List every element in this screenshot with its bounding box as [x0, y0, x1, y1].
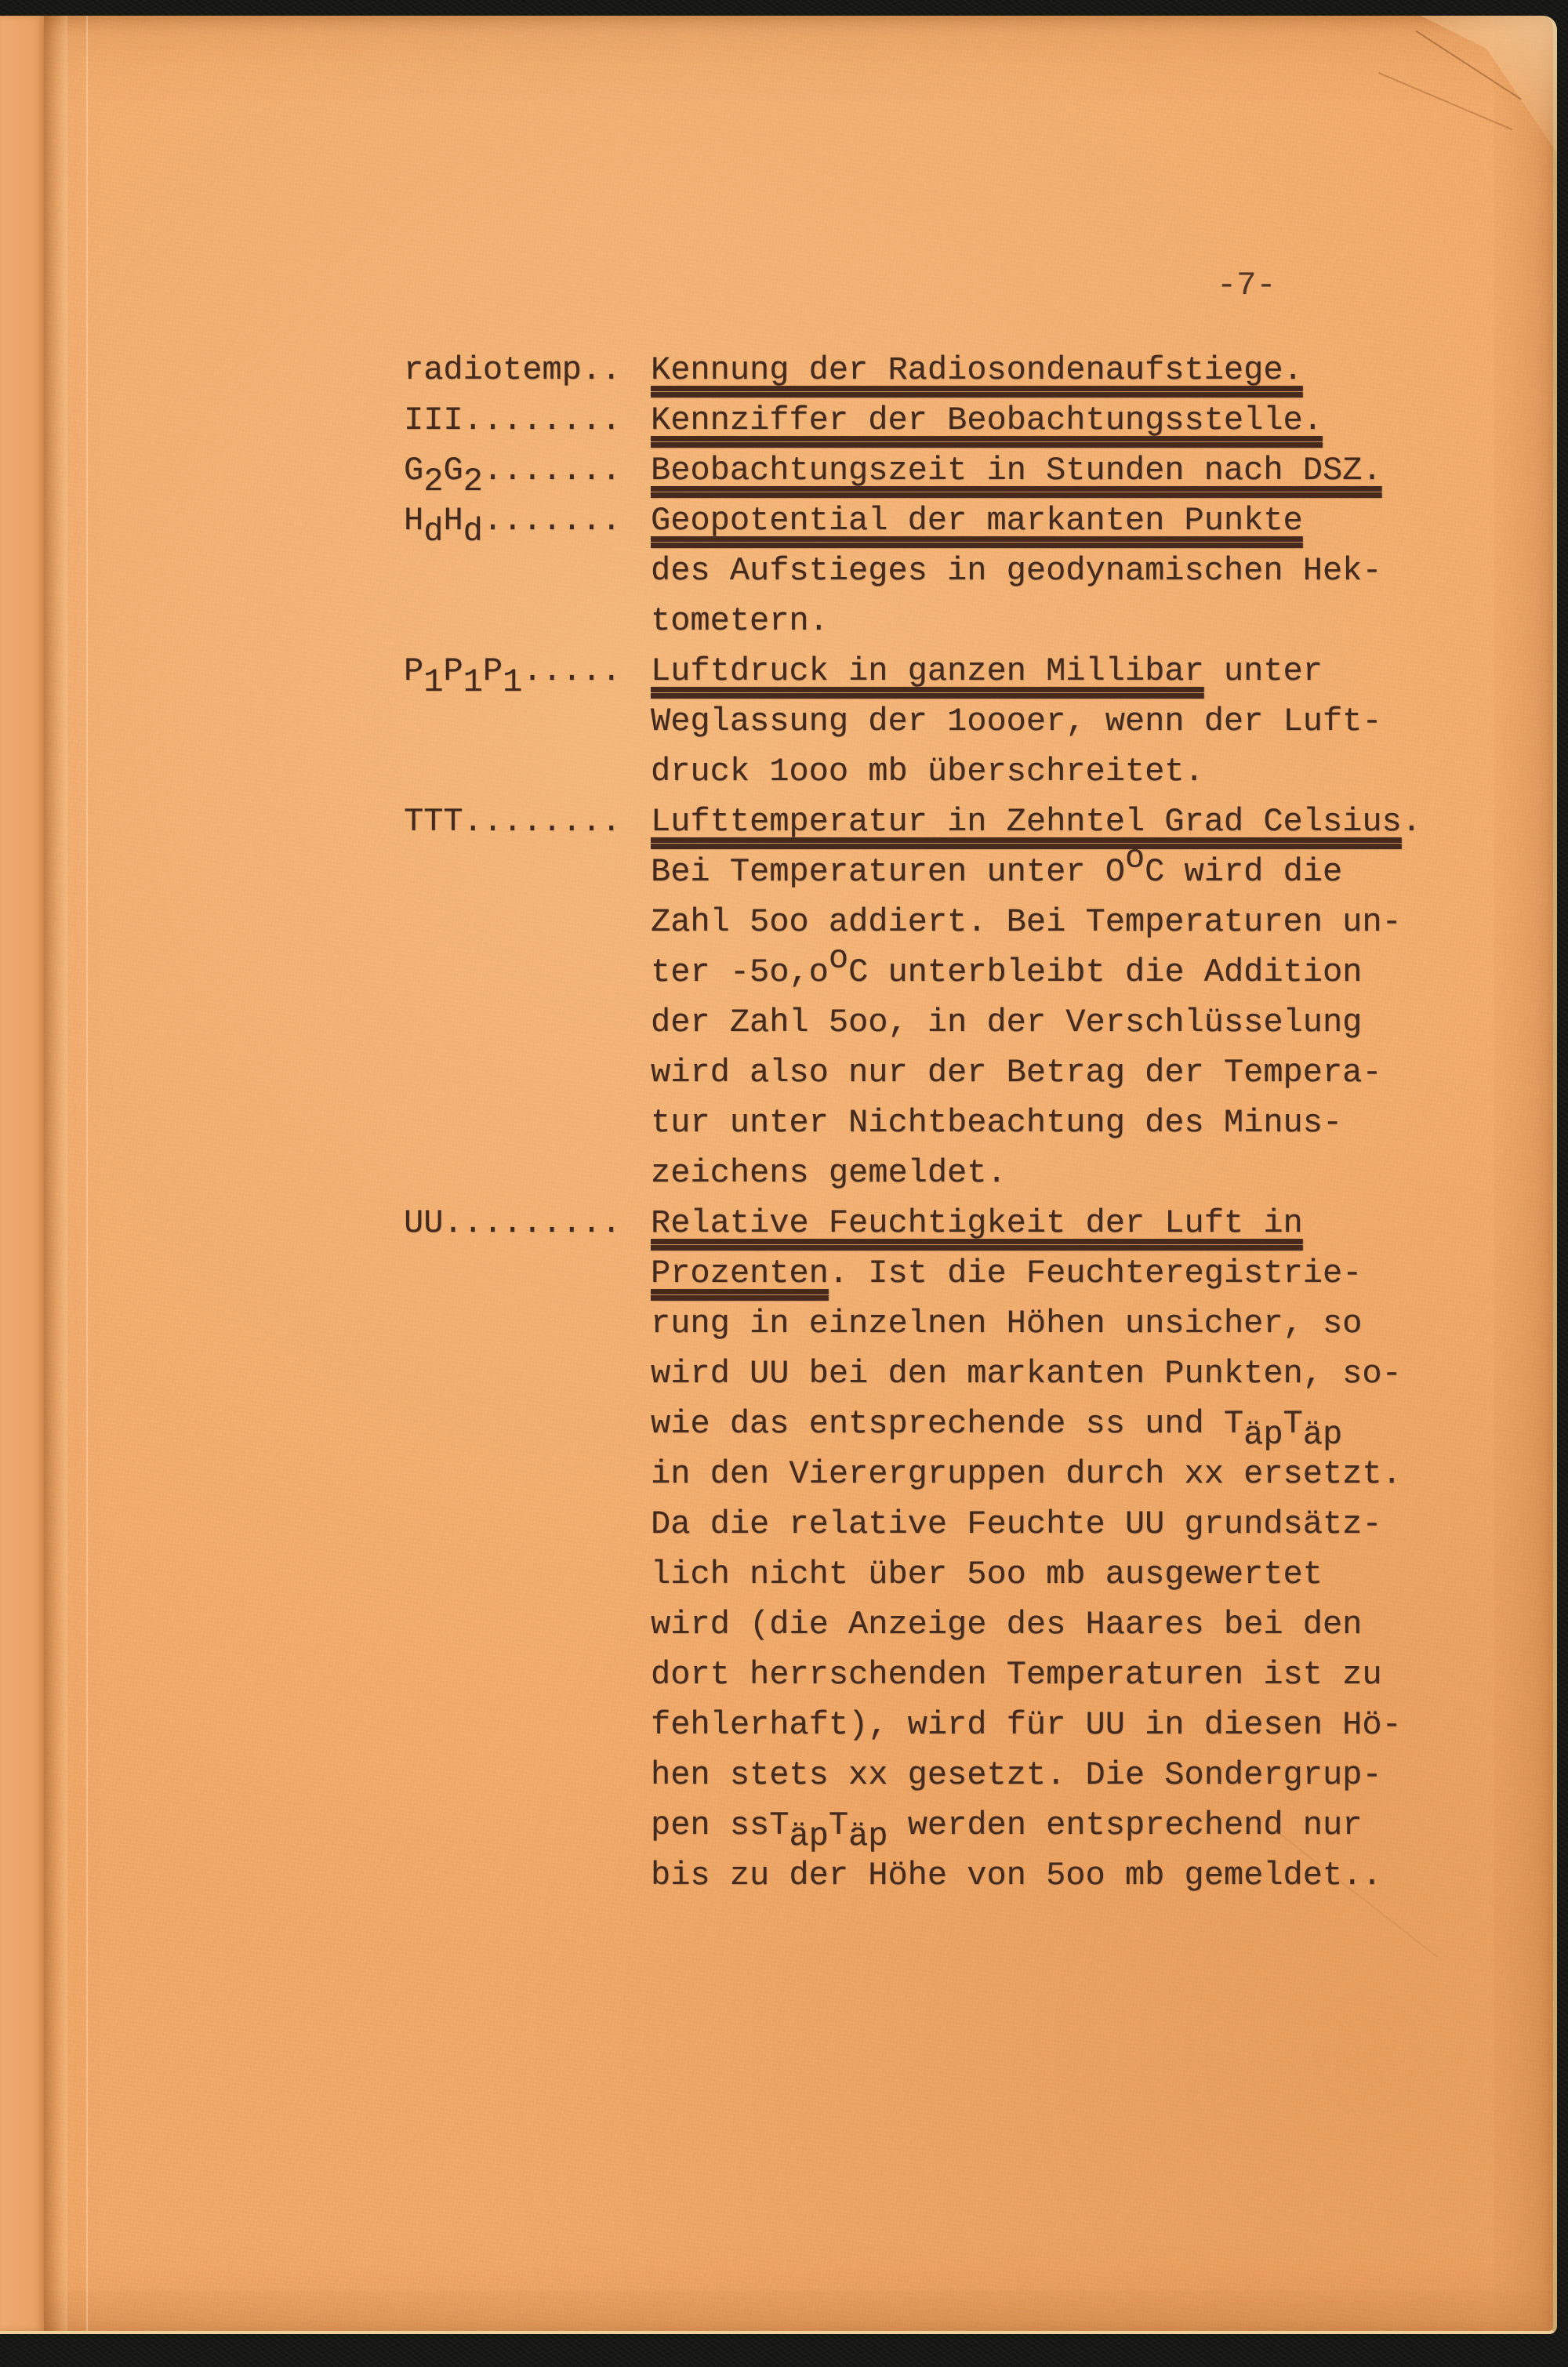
sup-text: o — [1125, 833, 1145, 883]
sup-text: o — [829, 933, 848, 983]
sub-text: 2 — [423, 456, 443, 506]
term-label: TTT........ — [404, 797, 651, 1198]
underlined-text: Geopotential der markanten Punkte — [651, 502, 1303, 539]
term-definition: Beobachtungszeit in Stunden nach DSZ. — [651, 445, 1446, 496]
text-run: P — [443, 652, 463, 690]
text-line: wird UU bei den markanten Punkten, so- — [651, 1349, 1446, 1399]
sub-text: d — [463, 506, 483, 557]
text-line: hen stets xx gesetzt. Die Sondergrup- — [651, 1750, 1446, 1800]
text-run: TTT........ — [404, 803, 621, 840]
text-run: radiotemp.. — [404, 351, 621, 389]
underlined-text: Beobachtungszeit in Stunden nach DSZ. — [651, 452, 1382, 489]
text-line: tometern. — [651, 596, 1446, 646]
term-definition: Geopotential der markanten Punktedes Auf… — [651, 496, 1446, 646]
text-line: Zahl 5oo addiert. Bei Temperaturen un- — [651, 897, 1446, 947]
text-run: werden entsprechend nur — [888, 1806, 1363, 1844]
sub-text: 2 — [463, 456, 483, 506]
definition-entry: HdHd.......Geopotential der markanten Pu… — [404, 496, 1446, 646]
text-line: Kennung der Radiosondenaufstiege. — [651, 345, 1446, 395]
underlined-text: Luftdruck in ganzen Millibar — [651, 652, 1204, 690]
text-line: tur unter Nichtbeachtung des Minus- — [651, 1098, 1446, 1148]
text-line: Beobachtungszeit in Stunden nach DSZ. — [651, 445, 1446, 496]
text-run: T — [1283, 1405, 1303, 1443]
text-run: fehlerhaft), wird für UU in diesen Hö- — [651, 1706, 1402, 1744]
sub-text: äp — [848, 1811, 887, 1861]
text-line: Luftdruck in ganzen Millibar unter — [651, 646, 1446, 696]
text-line: Geopotential der markanten Punkte — [651, 496, 1446, 546]
definition-entry: TTT........Lufttemperatur in Zehntel Gra… — [404, 797, 1446, 1198]
definition-entry: III........Kennziffer der Beobachtungsst… — [404, 395, 1446, 445]
text-run: Bei Temperaturen unter O — [651, 853, 1125, 891]
text-line: Relative Feuchtigkeit der Luft in — [651, 1198, 1446, 1248]
term-label: radiotemp.. — [404, 345, 651, 395]
binding-crease-line — [86, 16, 88, 2331]
sub-text: d — [423, 506, 443, 557]
text-run: III........ — [404, 401, 621, 439]
text-run: der Zahl 5oo, in der Verschlüsselung — [651, 1004, 1362, 1041]
text-line: Bei Temperaturen unter OoC wird die — [651, 847, 1446, 897]
underlined-text: Lufttemperatur in Zehntel Grad Celsius — [651, 803, 1402, 840]
text-run: tometern. — [651, 602, 829, 640]
underlined-text: Relative Feuchtigkeit der Luft in — [651, 1204, 1303, 1242]
text-run: UU......... — [404, 1204, 621, 1242]
text-line: pen ssTäpTäp werden entsprechend nur — [651, 1800, 1446, 1850]
text-run: H — [404, 502, 423, 539]
text-run: P — [483, 652, 503, 690]
text-line: des Aufstieges in geodynamischen Hek- — [651, 546, 1446, 596]
corner-crease — [1322, 16, 1557, 153]
text-line: wird also nur der Betrag der Tempera- — [651, 1047, 1446, 1098]
text-run: C unterbleibt die Addition — [848, 953, 1362, 991]
sub-text: 1 — [463, 657, 483, 707]
photo-background: -7- radiotemp..Kennung der Radiosondenau… — [0, 0, 1568, 2367]
text-line: druck 1ooo mb überschreitet. — [651, 746, 1446, 797]
text-run: ..... — [522, 652, 621, 690]
term-definition: Kennziffer der Beobachtungsstelle. — [651, 395, 1446, 445]
text-run: druck 1ooo mb überschreitet. — [651, 753, 1204, 790]
definition-entry: UU.........Relative Feuchtigkeit der Luf… — [404, 1198, 1446, 1900]
text-run: wie das entsprechende ss und T — [651, 1405, 1243, 1443]
text-run: rung in einzelnen Höhen unsicher, so — [651, 1305, 1362, 1342]
term-definition: Relative Feuchtigkeit der Luft inProzent… — [651, 1198, 1446, 1900]
text-run: dort herrschenden Temperaturen ist zu — [651, 1656, 1382, 1694]
text-run: bis zu der Höhe von 5oo mb gemeldet.. — [651, 1857, 1382, 1894]
text-run: T — [829, 1806, 848, 1844]
text-run: tur unter Nichtbeachtung des Minus- — [651, 1104, 1342, 1142]
underlined-text: Kennung der Radiosondenaufstiege. — [651, 351, 1303, 389]
term-label: G2G2....... — [404, 445, 651, 496]
text-line: lich nicht über 5oo mb ausgewertet — [651, 1549, 1446, 1599]
text-run: des Aufstieges in geodynamischen Hek- — [651, 552, 1382, 590]
text-line: fehlerhaft), wird für UU in diesen Hö- — [651, 1700, 1446, 1750]
text-line: Prozenten. Ist die Feuchteregistrie- — [651, 1248, 1446, 1298]
text-run: Zahl 5oo addiert. Bei Temperaturen un- — [651, 903, 1402, 941]
text-run: . Ist die Feuchteregistrie- — [829, 1254, 1363, 1292]
underlying-page-edge — [0, 16, 44, 2331]
text-run: wird (die Anzeige des Haares bei den — [651, 1606, 1362, 1643]
sub-text: äp — [789, 1811, 828, 1861]
text-run: hen stets xx gesetzt. Die Sondergrup- — [651, 1756, 1382, 1794]
term-label: P1P1P1..... — [404, 646, 651, 797]
page-number: -7- — [1217, 260, 1276, 310]
text-line: ter -5o,ooC unterbleibt die Addition — [651, 947, 1446, 997]
text-run: wird UU bei den markanten Punkten, so- — [651, 1355, 1402, 1392]
definition-list: radiotemp..Kennung der Radiosondenaufsti… — [404, 345, 1446, 1900]
term-label: HdHd....... — [404, 496, 651, 646]
term-definition: Kennung der Radiosondenaufstiege. — [651, 345, 1446, 395]
text-run: . — [1402, 803, 1421, 840]
text-line: Kennziffer der Beobachtungsstelle. — [651, 395, 1446, 445]
text-run: lich nicht über 5oo mb ausgewertet — [651, 1556, 1323, 1593]
term-definition: Lufttemperatur in Zehntel Grad Celsius.B… — [651, 797, 1446, 1198]
text-run: wird also nur der Betrag der Tempera- — [651, 1054, 1382, 1091]
definition-entry: P1P1P1.....Luftdruck in ganzen Millibar … — [404, 646, 1446, 797]
text-run: G — [443, 452, 463, 489]
sub-text: 1 — [503, 657, 522, 707]
sub-text: äp — [1243, 1410, 1283, 1460]
definition-entry: G2G2.......Beobachtungszeit in Stunden n… — [404, 445, 1446, 496]
text-run: Weglassung der 1oooer, wenn der Luft- — [651, 702, 1382, 740]
text-run: ....... — [483, 452, 621, 489]
underlined-text: Kennziffer der Beobachtungsstelle. — [651, 401, 1323, 439]
term-label: UU......... — [404, 1198, 651, 1900]
text-line: wird (die Anzeige des Haares bei den — [651, 1599, 1446, 1650]
text-run: pen ssT — [651, 1806, 789, 1844]
document-page: -7- radiotemp..Kennung der Radiosondenau… — [0, 16, 1557, 2334]
text-run: Da die relative Feuchte UU grundsätz- — [651, 1505, 1382, 1543]
term-definition: Luftdruck in ganzen Millibar unterWeglas… — [651, 646, 1446, 797]
text-line: bis zu der Höhe von 5oo mb gemeldet.. — [651, 1850, 1446, 1900]
text-run: G — [404, 452, 423, 489]
sub-text: äp — [1303, 1410, 1342, 1460]
text-run: zeichens gemeldet. — [651, 1154, 1007, 1192]
definition-entry: radiotemp..Kennung der Radiosondenaufsti… — [404, 345, 1446, 395]
text-line: dort herrschenden Temperaturen ist zu — [651, 1650, 1446, 1700]
text-run: C wird die — [1145, 853, 1342, 891]
sub-text: 1 — [423, 657, 443, 707]
text-run: H — [443, 502, 463, 539]
text-run: unter — [1204, 652, 1323, 690]
binding-crease — [44, 16, 67, 2331]
underlined-text: Prozenten — [651, 1254, 829, 1292]
text-line: zeichens gemeldet. — [651, 1148, 1446, 1198]
text-run: P — [404, 652, 423, 690]
text-run: ....... — [483, 502, 621, 539]
term-label: III........ — [404, 395, 651, 445]
text-line: rung in einzelnen Höhen unsicher, so — [651, 1298, 1446, 1349]
text-line: der Zahl 5oo, in der Verschlüsselung — [651, 997, 1446, 1047]
text-line: wie das entsprechende ss und TäpTäp — [651, 1399, 1446, 1449]
text-line: Da die relative Feuchte UU grundsätz- — [651, 1499, 1446, 1549]
text-line: Lufttemperatur in Zehntel Grad Celsius. — [651, 797, 1446, 847]
text-run: ter -5o,o — [651, 953, 829, 991]
text-line: Weglassung der 1oooer, wenn der Luft- — [651, 696, 1446, 746]
text-run: in den Vierergruppen durch xx ersetzt. — [651, 1455, 1402, 1493]
